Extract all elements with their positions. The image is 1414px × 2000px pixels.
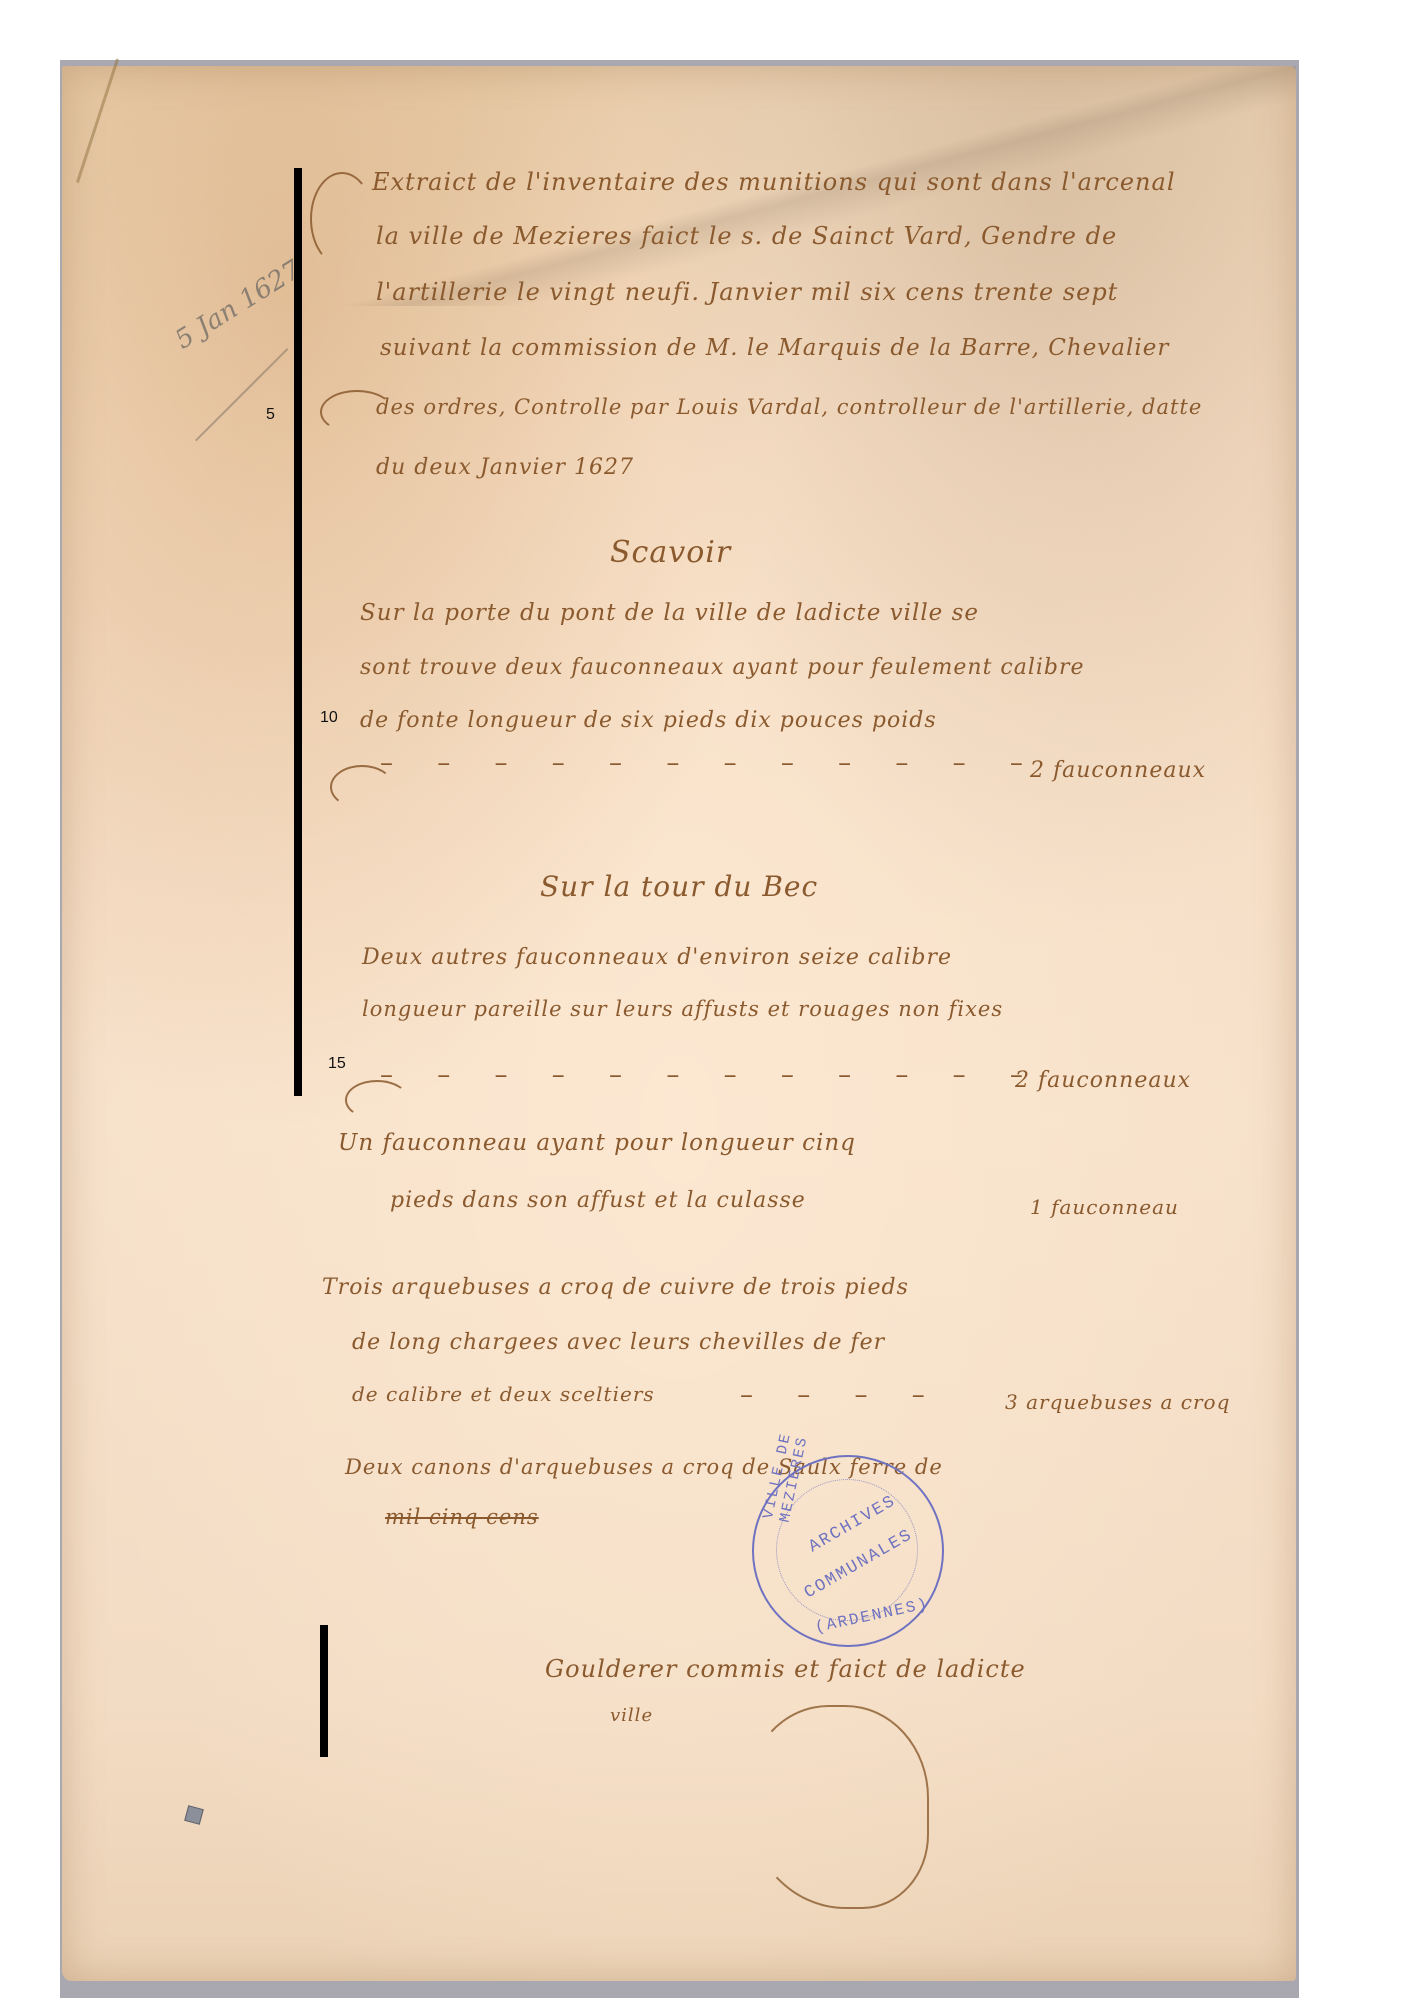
manuscript-line-6: du deux Janvier 1627 — [376, 455, 634, 480]
manuscript-line-8: Sur la porte du pont de la ville de ladi… — [360, 600, 979, 626]
line-number-5: 5 — [266, 406, 275, 424]
section-heading-tour-du-bec: Sur la tour du Bec — [540, 870, 818, 903]
manuscript-line-18: Trois arquebuses a croq de cuivre de tro… — [322, 1275, 909, 1300]
line-number-15: 15 — [328, 1055, 346, 1073]
manuscript-line-20: de calibre et deux sceltiers — [352, 1382, 655, 1406]
section-heading-scavoir: Scavoir — [610, 535, 731, 570]
manuscript-line-3: l'artillerie le vingt neufi. Janvier mil… — [376, 278, 1118, 306]
archives-stamp: VILLE DE MEZIERES ARCHIVES COMMUNALES (A… — [752, 1455, 944, 1647]
line-range-bar-signature — [320, 1625, 328, 1757]
manuscript-line-2: la ville de Mezieres faict le s. de Sain… — [376, 222, 1117, 250]
manuscript-line-17: pieds dans son affust et la culasse — [390, 1188, 806, 1213]
signature-line-ville: ville — [610, 1705, 653, 1726]
signature-line: Goulderer commis et faict de ladicte — [545, 1655, 1026, 1683]
manuscript-line-13: Deux autres fauconneaux d'environ seize … — [362, 945, 952, 970]
item-count-fauconneau-3: 1 fauconneau — [1030, 1195, 1179, 1219]
dash-leader-line-15: – – – – – – – – – – – – — [380, 1060, 1041, 1090]
line-range-bar-main — [294, 168, 302, 1096]
item-count-fauconneaux-1: 2 fauconneaux — [1030, 758, 1206, 783]
dash-leader-line-11: – – – – – – – – – – – – — [380, 748, 1041, 778]
manuscript-line-5: des ordres, Controlle par Louis Vardal, … — [376, 395, 1202, 419]
manuscript-line-9: sont trouve deux fauconneaux ayant pour … — [360, 655, 1085, 680]
manuscript-line-14: longueur pareille sur leurs affusts et r… — [362, 997, 1003, 1021]
manuscript-line-10: de fonte longueur de six pieds dix pouce… — [360, 708, 937, 733]
manuscript-line-4: suivant la commission de M. le Marquis d… — [380, 335, 1169, 361]
opening-flourish — [310, 172, 374, 266]
item-count-fauconneaux-2: 2 fauconneaux — [1015, 1068, 1191, 1093]
manuscript-line-22: mil cinq cens — [385, 1505, 539, 1529]
line-number-10: 10 — [320, 709, 338, 727]
dash-leader-line-20: – – – – — [740, 1380, 943, 1410]
manuscript-line-1: Extraict de l'inventaire des munitions q… — [372, 168, 1176, 196]
manuscript-line-16: Un fauconneau ayant pour longueur cinq — [338, 1130, 856, 1156]
item-count-arquebuses: 3 arquebuses a croq — [1005, 1390, 1230, 1414]
